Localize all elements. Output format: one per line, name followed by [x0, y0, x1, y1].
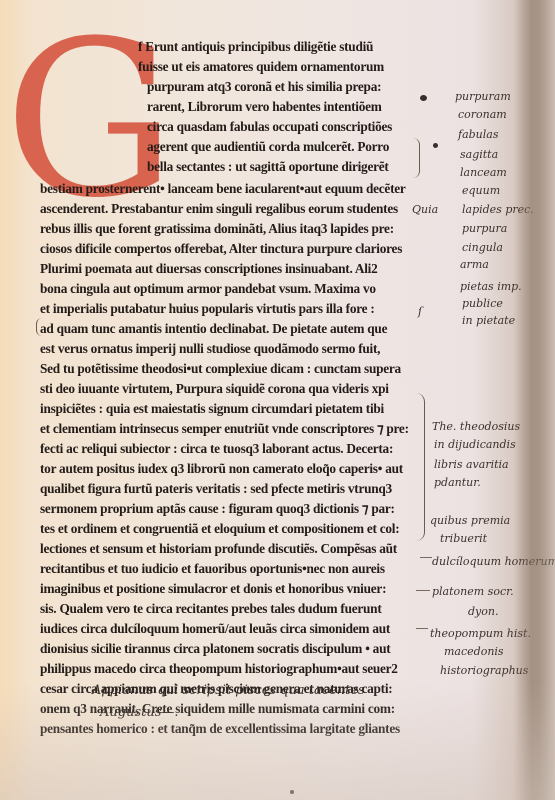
text-line: inspiciẽtes : quia est maiestatis signum… [40, 399, 384, 419]
text-line: sti deo iuuante virtutem, Purpura siquid… [40, 379, 389, 399]
marginal-note: pietas imp. [460, 280, 522, 293]
text-line: philippus macedo circa theopompum histor… [40, 659, 398, 679]
handwritten-footnote: Appianus qui scripsit pisces qua tacente… [92, 680, 402, 724]
text-line: sis. Qualem vero te circa recitantes pre… [40, 599, 382, 619]
text-line: fecti ac reliqui subiector : circa te tu… [40, 439, 393, 459]
text-line: bona cingula aut optimum armor pandebat … [40, 279, 376, 299]
marginal-note: equum [462, 184, 500, 197]
margin-mark: ſ [418, 305, 422, 318]
footnote-line-1: Appianus qui scripsit pisces qua tacente… [92, 680, 402, 702]
manuscript-page: G f Erunt antiquis principibus diligẽtie… [0, 0, 555, 800]
ink-blot [420, 95, 427, 101]
text-line: imaginibus et positione simulacror et do… [40, 579, 386, 599]
text-line: Sed tu potẽtissime theodosi•ut complexiu… [40, 359, 401, 379]
marginal-note: sagitta [460, 148, 498, 161]
text-line: purpuram atq3 coronã et his similia prep… [147, 77, 381, 97]
margin-dash [416, 628, 428, 629]
text-line: bella sectantes : ut sagittã oportune di… [147, 157, 389, 177]
text-line: tes et ordinem et congruentiã et eloquiu… [40, 519, 399, 539]
ink-blot [290, 790, 294, 794]
marginal-note: purpura [462, 222, 507, 235]
marginal-note: cingula [462, 241, 503, 254]
text-line: rarent, Librorum vero habentes intentiõe… [147, 97, 382, 117]
text-line: et clementiam intrinsecus semper enutriũ… [40, 419, 409, 439]
text-line: ascenderent. Prestabantur enim singuli r… [40, 199, 398, 219]
text-line: tor autem positus iudex q3 librorũ non c… [40, 459, 403, 479]
margin-dash [420, 557, 432, 558]
marginal-note: dulcíloquum homerum [432, 555, 555, 568]
text-line: et imperialis putabatur huius popularis … [40, 299, 375, 319]
marginal-note: purpuram [455, 90, 511, 103]
marginal-note: in pietate [462, 314, 515, 327]
marginal-note: fabulas [458, 128, 498, 141]
marginal-note: publice [462, 297, 503, 310]
marginal-note: lanceam [460, 166, 507, 179]
text-line: Plurimi poemata aut diuersas conscriptio… [40, 259, 378, 279]
marginal-note: tribuerit [440, 532, 487, 545]
marginal-note: macedonis [444, 645, 504, 658]
margin-bracket-middle [416, 393, 425, 541]
text-line: rebus illis que forent gratissima dominã… [40, 219, 394, 239]
marginal-note: pdantur. [434, 476, 481, 489]
text-line: dionisius sicilie tirannus circa platone… [40, 639, 390, 659]
text-line: bestiam prosternerent• lanceam bene iacu… [40, 179, 406, 199]
text-line: fuisse ut eis amatores quidem ornamentor… [138, 57, 384, 77]
marginal-note: quibus premia [430, 514, 510, 527]
marginal-note: coronam [458, 108, 507, 121]
marginal-note: dyon. [468, 605, 498, 618]
marginal-note: theopompum hist. [430, 627, 531, 640]
text-line: iudices circa dulcíloquum homerũ/aut leu… [40, 619, 390, 639]
text-line: agerent que audientiũ corda mulcerẽt. Po… [147, 137, 389, 157]
text-line: recitantibus et tuo iudicio et fauoribus… [40, 559, 385, 579]
text-line: ciosos dificile compertos offerebat, Alt… [40, 239, 402, 259]
marginal-note: lapides prec. [462, 203, 534, 216]
text-line: ad quam tunc amantis intentio declinabat… [40, 319, 387, 339]
marginal-note: libris avaritia [434, 458, 509, 471]
marginal-note: The. theodosius [432, 420, 520, 433]
page-edge-stain [513, 0, 555, 800]
text-line: qualibet figura furtũ pateris veritatis … [40, 479, 392, 499]
margin-dash [416, 590, 430, 591]
text-line: est verus ornatus imperij nulli studiose… [40, 339, 380, 359]
footnote-line-2: Augustus—. [92, 702, 402, 724]
marginal-note: in dijudicandis [434, 438, 516, 451]
ink-blot [433, 143, 438, 148]
margin-mark: Quia [412, 203, 438, 216]
marginal-note: arma [460, 258, 489, 271]
margin-bracket-top [413, 138, 420, 178]
marginal-note: historiographus [440, 664, 528, 677]
text-line: f Erunt antiquis principibus diligẽtie s… [138, 37, 373, 57]
text-line: circa quasdam fabulas occupati conscript… [147, 117, 392, 137]
marginal-note: platonem socr. [432, 585, 514, 598]
text-line: sermonem proprium aptãs cause : figuram … [40, 499, 395, 519]
margin-bracket-left [36, 318, 42, 336]
text-line: lectiones et sensum et historiam profund… [40, 539, 397, 559]
